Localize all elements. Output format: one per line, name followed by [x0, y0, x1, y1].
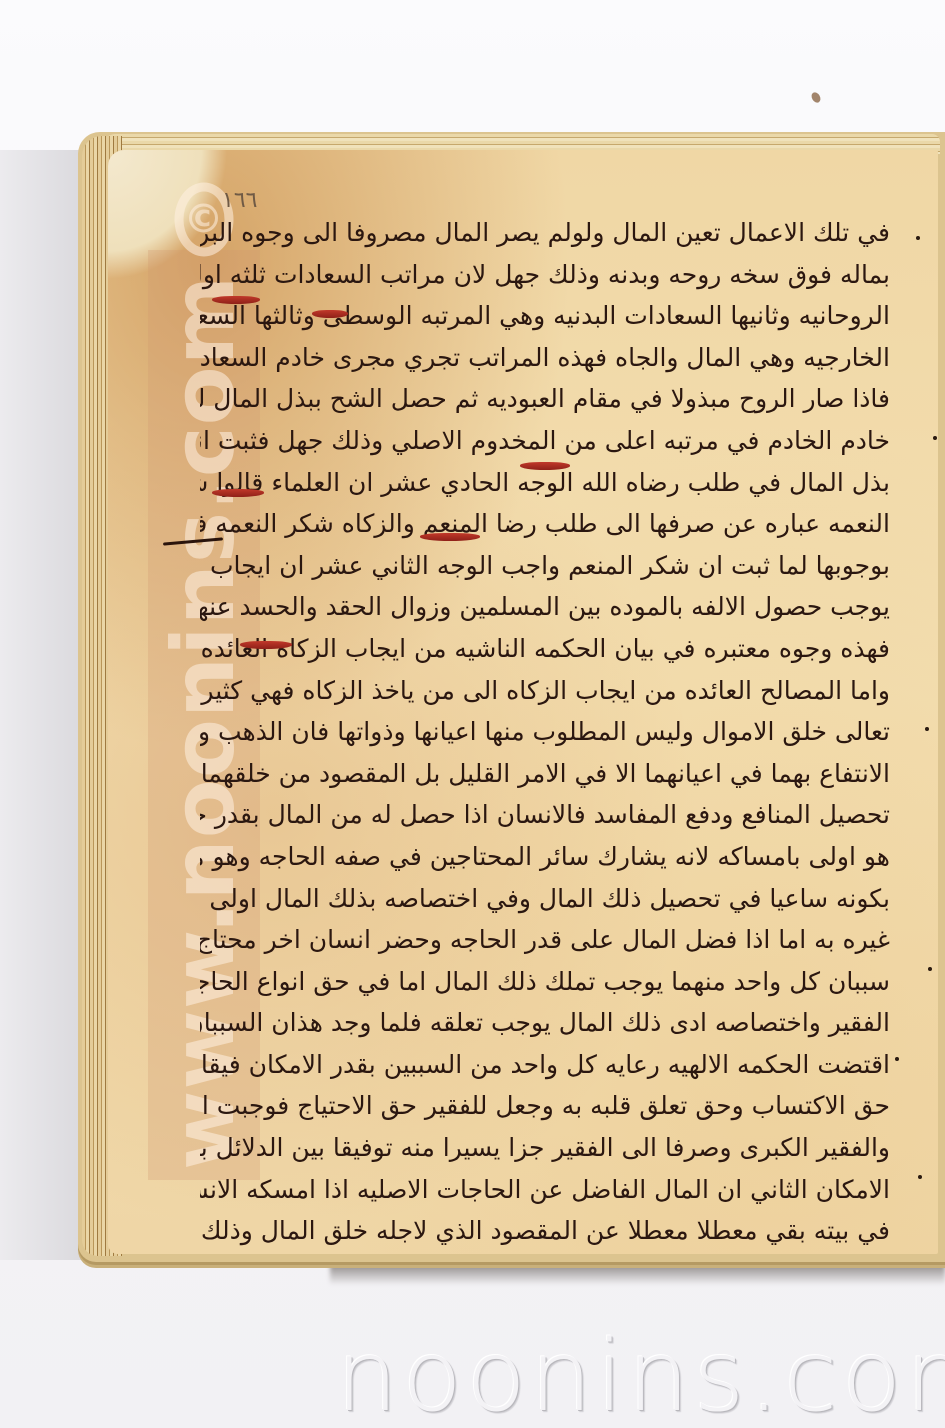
margin-dot	[925, 727, 929, 731]
text-line: بوجوبها لما ثبت ان شكر المنعم واجب الوجه…	[200, 545, 890, 587]
text-line: خادم الخادم في مرتبه اعلى من المخدوم الا…	[200, 420, 890, 462]
text-line: هو اولى بامساكه لانه يشارك سائر المحتاجي…	[200, 836, 890, 878]
rubric-mark	[312, 310, 348, 318]
bottom-watermark: noonins.com	[336, 1320, 945, 1428]
background-speck	[810, 91, 822, 105]
rubric-mark	[240, 641, 292, 649]
rubric-mark	[420, 533, 480, 541]
rubric-mark	[212, 489, 264, 497]
margin-dot	[928, 967, 932, 971]
margin-dot	[933, 436, 937, 440]
text-line: الفقير واختصاصه ادى ذلك المال يوجب تعلقه…	[200, 1002, 890, 1044]
text-line: الامكان الثاني ان المال الفاضل عن الحاجا…	[200, 1169, 890, 1211]
text-line: يوجب حصول الالفه بالموده بين المسلمين وز…	[200, 586, 890, 628]
text-line: تعالى خلق الاموال وليس المطلوب منها اعيا…	[200, 711, 890, 753]
margin-dot	[916, 236, 920, 240]
text-line: في تلك الاعمال تعين المال ولولم يصر الما…	[200, 212, 890, 254]
text-line: غيره به اما اذا فضل المال على قدر الحاجه…	[200, 919, 890, 961]
manuscript-text: في تلك الاعمال تعين المال ولولم يصر الما…	[200, 212, 890, 1252]
rubric-mark	[212, 296, 260, 304]
text-line: حق الاكتساب وحق تعلق قلبه به وجعل للفقير…	[200, 1085, 890, 1127]
margin-dot	[918, 1175, 922, 1179]
text-line: الانتفاع بهما في اعيانهما الا في الامر ا…	[200, 753, 890, 795]
text-line: النعمه عباره عن صرفها الى طلب رضا المنعم…	[200, 503, 890, 545]
text-line: في بيته بقي معطلا معطلا عن المقصود الذي …	[200, 1210, 890, 1252]
text-line: واما المصالح العائده من ايجاب الزكاه الى…	[200, 670, 890, 712]
margin-dot	[895, 1057, 899, 1061]
text-line: فاذا صار الروح مبذولا في مقام العبوديه ث…	[200, 378, 890, 420]
text-line: اقتضت الحكمه الالهيه رعايه كل واحد من ال…	[200, 1044, 890, 1086]
text-line: الخارجيه وهي المال والجاه فهذه المراتب ت…	[200, 337, 890, 379]
folio-number: ١٦٦	[222, 188, 257, 213]
text-line: بماله فوق سخه روحه وبدنه وذلك جهل لان مر…	[200, 254, 890, 296]
background-shadow-left	[0, 150, 90, 1260]
rubric-mark	[520, 462, 570, 470]
text-line: الروحانيه وثانيها السعادات البدنيه وهي ا…	[200, 295, 890, 337]
text-line: سببان كل واحد منهما يوجب تملك ذلك المال …	[200, 961, 890, 1003]
text-line: والفقير الكبرى وصرفا الى الفقير جزا يسير…	[200, 1127, 890, 1169]
text-line: بكونه ساعيا في تحصيل ذلك المال وفي اختصا…	[200, 878, 890, 920]
text-line: فهذه وجوه معتبره في بيان الحكمه الناشيه …	[200, 628, 890, 670]
text-line: تحصيل المنافع ودفع المفاسد فالانسان اذا …	[200, 794, 890, 836]
